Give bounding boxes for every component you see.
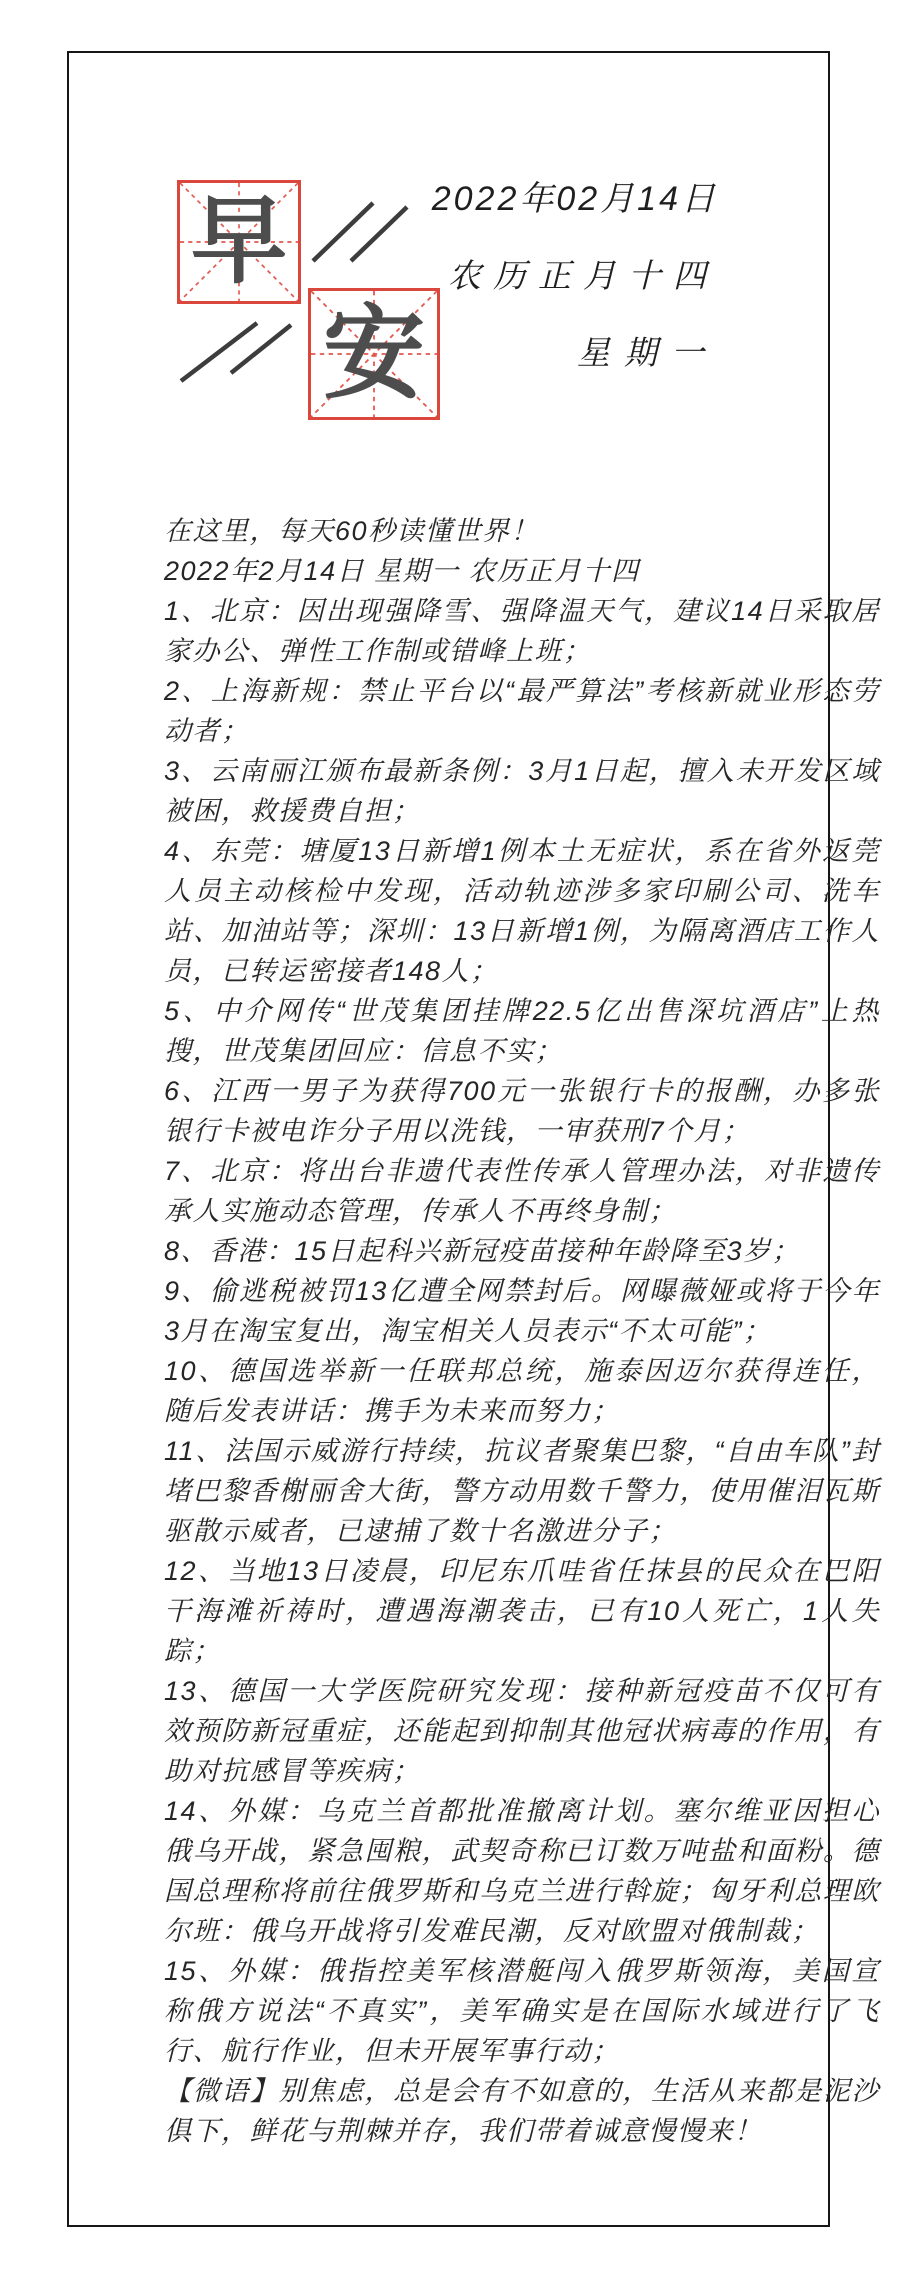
- double-slash-icon: [177, 317, 295, 385]
- greeting-char-zao: 早: [180, 183, 298, 301]
- news-item: 6、江西一男子为获得700元一张银行卡的报酬，办多张银行卡被电诈分子用以洗钱，一…: [164, 1071, 880, 1151]
- news-item: 4、东莞：塘厦13日新增1例本土无症状，系在省外返莞人员主动核检中发现，活动轨迹…: [164, 831, 880, 991]
- news-item: 12、当地13日凌晨，印尼东爪哇省任抹县的民众在巴阳干海滩祈祷时，遭遇海潮袭击，…: [164, 1551, 880, 1671]
- news-item: 5、中介网传“世茂集团挂牌22.5亿出售深坑酒店”上热搜，世茂集团回应：信息不实…: [164, 991, 880, 1071]
- news-item: 10、德国选举新一任联邦总统，施泰因迈尔获得连任，随后发表讲话：携手为未来而努力…: [164, 1351, 880, 1431]
- news-item: 9、偷逃税被罚13亿遭全网禁封后。网曝薇娅或将于今年3月在淘宝复出，淘宝相关人员…: [164, 1271, 880, 1351]
- news-date-line: 2022年2月14日 星期一 农历正月十四: [164, 551, 880, 591]
- news-item: 3、云南丽江颁布最新条例：3月1日起，擅入未开发区域被困，救援费自担；: [164, 751, 880, 831]
- greeting-char-an: 安: [311, 291, 437, 417]
- calligraphy-box-an: 安: [308, 288, 440, 420]
- news-item: 2、上海新规：禁止平台以“最严算法”考核新就业形态劳动者；: [164, 671, 880, 751]
- weekday-text: 星期一: [577, 327, 718, 374]
- gregorian-date-text: 2022年02月14日: [432, 171, 718, 220]
- calligraphy-box-zao: 早: [177, 180, 301, 304]
- news-item: 1、北京：因出现强降雪、强降温天气，建议14日采取居家办公、弹性工作制或错峰上班…: [164, 591, 880, 671]
- morning-news-card: 早 安: [0, 0, 900, 2280]
- news-item: 11、法国示威游行持续，抗议者聚集巴黎，“自由车队”封堵巴黎香榭丽舍大街，警方动…: [164, 1431, 880, 1551]
- news-item: 14、外媒：乌克兰首都批准撤离计划。塞尔维亚因担心俄乌开战，紧急囤粮，武契奇称已…: [164, 1791, 880, 1951]
- weiyu-line: 【微语】别焦虑，总是会有不如意的，生活从来都是泥沙俱下，鲜花与荆棘并存，我们带着…: [164, 2071, 880, 2151]
- news-item: 8、香港：15日起科兴新冠疫苗接种年龄降至3岁；: [164, 1231, 880, 1271]
- news-item: 13、德国一大学医院研究发现：接种新冠疫苗不仅可有效预防新冠重症，还能起到抑制其…: [164, 1671, 880, 1791]
- page-frame: 早 安: [67, 51, 830, 2227]
- news-item: 7、北京：将出台非遗代表性传承人管理办法，对非遗传承人实施动态管理，传承人不再终…: [164, 1151, 880, 1231]
- news-intro-line: 在这里，每天60秒读懂世界！: [164, 511, 880, 551]
- lunar-date-text: 农历正月十四: [448, 250, 718, 297]
- news-item: 15、外媒：俄指控美军核潜艇闯入俄罗斯领海，美国宣称俄方说法“不真实”，美军确实…: [164, 1951, 880, 2071]
- header-date-block: 2022年02月14日 农历正月十四 星期一: [432, 171, 718, 374]
- double-slash-icon: [309, 199, 411, 265]
- news-body: 在这里，每天60秒读懂世界！ 2022年2月14日 星期一 农历正月十四 1、北…: [164, 511, 880, 2151]
